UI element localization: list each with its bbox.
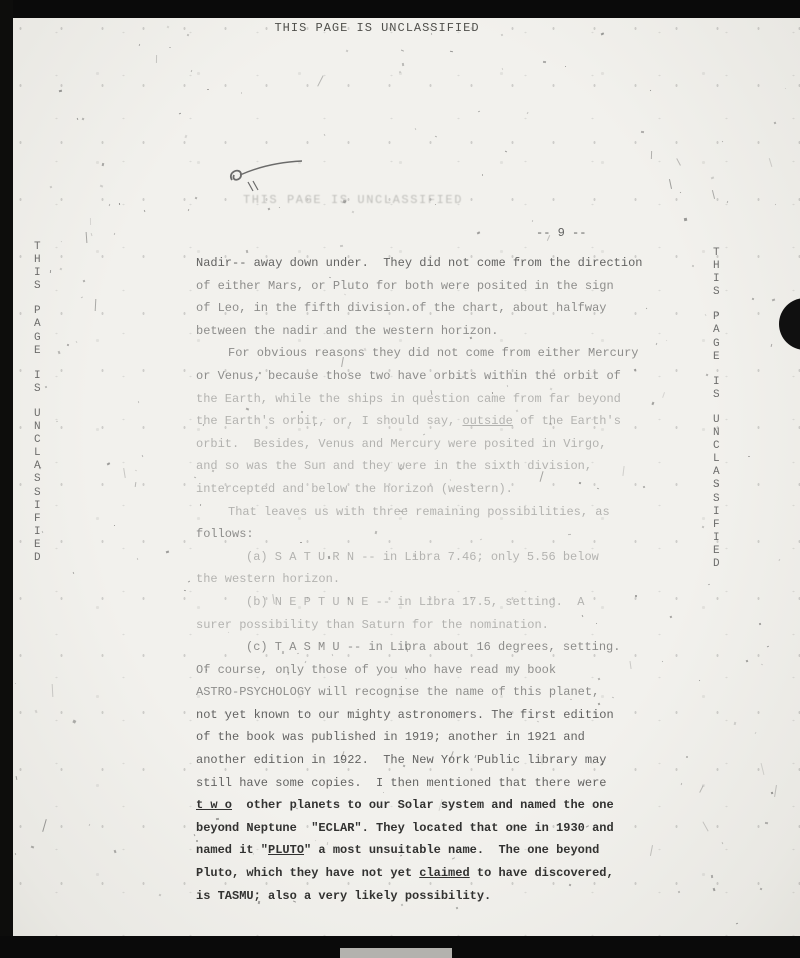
scan-speck bbox=[49, 186, 52, 189]
scan-speck bbox=[482, 174, 483, 176]
margin-letter: I bbox=[34, 370, 41, 383]
typed-text: between the nadir and the western horizo… bbox=[196, 324, 498, 338]
scan-speck bbox=[527, 112, 529, 115]
scanned-document-page: THIS PAGE IS UNCLASSIFIED THIS PAGE IS U… bbox=[0, 0, 800, 958]
typed-text: beyond Neptune "ECLAR". They located tha… bbox=[196, 821, 614, 835]
scan-speck bbox=[194, 197, 197, 200]
scan-speck bbox=[771, 298, 774, 301]
margin-letter: A bbox=[713, 466, 720, 479]
typed-text: (b) N E P T U N E -- in Libra 17.5, sett… bbox=[246, 595, 584, 609]
underlined-text: t w o bbox=[196, 798, 232, 812]
scan-speck bbox=[699, 785, 703, 792]
typed-line: is TASMU; also a very likely possibility… bbox=[196, 885, 660, 908]
margin-letter: S bbox=[34, 487, 41, 500]
typed-line: the western horizon. bbox=[196, 568, 660, 591]
scan-speck bbox=[190, 70, 191, 72]
scan-speck bbox=[100, 184, 103, 187]
typed-line: ASTRO-PSYCHOLOGY will recognise the name… bbox=[196, 681, 660, 704]
document-body-text: Nadir-- away down under. They did not co… bbox=[196, 252, 660, 907]
scan-speck bbox=[702, 525, 704, 528]
margin-letter: G bbox=[713, 338, 720, 351]
scan-speck bbox=[761, 664, 763, 666]
scan-speck bbox=[60, 267, 62, 269]
typed-text: (a) S A T U R N -- in Libra 7.46; only 5… bbox=[246, 550, 599, 564]
typed-line: That leaves us with three remaining poss… bbox=[196, 501, 660, 524]
typed-line: another edition in 1922. The New York Pu… bbox=[196, 749, 660, 772]
scan-speck bbox=[449, 50, 452, 51]
typed-text: (c) T A S M U -- in Libra about 16 degre… bbox=[246, 640, 620, 654]
scan-speck bbox=[752, 297, 754, 299]
scan-speck bbox=[165, 550, 168, 553]
scan-speck bbox=[109, 203, 111, 205]
typed-text: of the Earth's bbox=[513, 414, 621, 428]
scan-speck bbox=[85, 232, 87, 243]
typed-line: named it "PLUTO" a most unsuitable name.… bbox=[196, 839, 660, 862]
typed-text: Nadir-- away down under. They did not co… bbox=[196, 256, 642, 270]
scan-speck bbox=[144, 210, 146, 212]
margin-letter: L bbox=[34, 447, 41, 460]
typed-line: of either Mars, or Pluto for both were p… bbox=[196, 275, 660, 298]
margin-letter: A bbox=[713, 324, 720, 337]
scan-speck bbox=[767, 645, 769, 647]
right-margin-classification-stamp: THISPAGEISUNCLASSIFIED bbox=[713, 247, 720, 571]
scan-speck bbox=[184, 590, 186, 591]
scan-speck bbox=[188, 581, 191, 583]
scan-speck bbox=[57, 350, 60, 353]
typed-line: Of course, only those of you who have re… bbox=[196, 659, 660, 682]
scan-speck bbox=[669, 179, 672, 189]
margin-letter: S bbox=[34, 383, 41, 396]
scan-speck bbox=[502, 68, 503, 71]
scan-bottom-black-bar bbox=[0, 936, 800, 958]
scan-speck bbox=[67, 344, 69, 346]
underlined-text: claimed bbox=[419, 866, 469, 880]
scan-speck bbox=[184, 135, 187, 138]
typed-line: Pluto, which they have not yet claimed t… bbox=[196, 862, 660, 885]
scan-speck bbox=[401, 49, 404, 51]
scan-speck bbox=[340, 244, 343, 246]
scan-speck bbox=[119, 203, 120, 205]
scan-speck bbox=[61, 241, 63, 243]
scan-speck bbox=[733, 722, 736, 725]
typed-line: or Venus, because those two have orbits … bbox=[196, 365, 660, 388]
scan-speck bbox=[670, 616, 672, 619]
scan-speck bbox=[684, 217, 687, 220]
typed-line: (a) S A T U R N -- in Libra 7.46; only 5… bbox=[196, 546, 660, 569]
scan-speck bbox=[755, 732, 757, 735]
margin-letter: A bbox=[34, 318, 41, 331]
margin-letter: N bbox=[713, 427, 720, 440]
scan-speck bbox=[477, 231, 480, 234]
scan-speck bbox=[317, 75, 323, 86]
typed-line: between the nadir and the western horizo… bbox=[196, 320, 660, 343]
scan-speck bbox=[543, 61, 546, 64]
scan-speck bbox=[41, 531, 43, 533]
scan-speck bbox=[15, 683, 16, 684]
scan-speck bbox=[241, 92, 242, 94]
margin-letter: I bbox=[34, 526, 41, 539]
scan-speck bbox=[736, 923, 738, 925]
scan-speck bbox=[760, 763, 764, 775]
scan-speck bbox=[721, 842, 723, 845]
typed-text: of either Mars, or Pluto for both were p… bbox=[196, 279, 614, 293]
margin-letter: F bbox=[34, 513, 41, 526]
typed-text: follows: bbox=[196, 527, 254, 541]
margin-letter: C bbox=[713, 440, 720, 453]
scan-speck bbox=[95, 298, 97, 310]
margin-letter: N bbox=[34, 421, 41, 434]
typed-line: orbit. Besides, Venus and Mercury were p… bbox=[196, 433, 660, 456]
scan-speck bbox=[708, 584, 710, 586]
scan-speck bbox=[113, 850, 116, 853]
scan-speck bbox=[765, 822, 768, 824]
typed-text: still have some copies. I then mentioned… bbox=[196, 776, 606, 790]
margin-letter: I bbox=[713, 532, 720, 545]
scan-speck bbox=[711, 875, 714, 878]
typed-line: (b) N E P T U N E -- in Libra 17.5, sett… bbox=[196, 591, 660, 614]
margin-letter: I bbox=[34, 500, 41, 513]
scan-speck bbox=[748, 456, 750, 457]
margin-letter: S bbox=[713, 286, 720, 299]
margin-letter: U bbox=[713, 414, 720, 427]
margin-letter: C bbox=[34, 434, 41, 447]
scan-speck bbox=[706, 374, 709, 377]
typed-line: surer possibility than Saturn for the no… bbox=[196, 614, 660, 637]
classification-ghost-stamp: THIS PAGE IS UNCLASSIFIED bbox=[243, 193, 503, 207]
typed-line: the Earth, while the ships in question c… bbox=[196, 388, 660, 411]
typed-line: still have some copies. I then mentioned… bbox=[196, 772, 660, 795]
scan-speck bbox=[267, 207, 270, 210]
scan-speck bbox=[773, 122, 775, 125]
typed-line: Nadir-- away down under. They did not co… bbox=[196, 252, 660, 275]
scan-speck bbox=[55, 421, 57, 422]
margin-letter: I bbox=[713, 273, 720, 286]
typed-text: not yet known to our mighty astronomers.… bbox=[196, 708, 614, 722]
scan-speck bbox=[352, 211, 354, 213]
scan-speck bbox=[415, 128, 417, 130]
scan-speck bbox=[703, 822, 709, 832]
scan-speck bbox=[137, 558, 138, 560]
scan-speck bbox=[16, 776, 18, 781]
margin-letter: G bbox=[34, 332, 41, 345]
scan-speck bbox=[402, 63, 404, 66]
scan-speck bbox=[662, 661, 663, 662]
scan-speck bbox=[76, 340, 78, 342]
scan-speck bbox=[771, 791, 774, 793]
scan-speck bbox=[705, 314, 707, 316]
page-number: -- 9 -- bbox=[536, 226, 586, 240]
margin-letter: T bbox=[34, 241, 41, 254]
scan-speck bbox=[686, 756, 688, 758]
typed-line: beyond Neptune "ECLAR". They located tha… bbox=[196, 817, 660, 840]
scan-speck bbox=[51, 684, 53, 697]
scan-speck bbox=[775, 204, 776, 205]
margin-letter: H bbox=[34, 254, 41, 267]
scan-bottom-gray-mark bbox=[340, 948, 452, 958]
scan-speck bbox=[34, 709, 37, 712]
scan-speck bbox=[114, 233, 116, 235]
scan-speck bbox=[207, 89, 209, 90]
margin-letter: F bbox=[713, 519, 720, 532]
scan-speck bbox=[713, 888, 716, 891]
scan-speck bbox=[169, 47, 171, 48]
typed-text: the Earth, while the ships in question c… bbox=[196, 392, 621, 406]
margin-letter: I bbox=[713, 506, 720, 519]
margin-letter: S bbox=[34, 473, 41, 486]
scan-speck bbox=[179, 113, 181, 115]
scan-speck bbox=[135, 470, 137, 471]
margin-letter: D bbox=[34, 552, 41, 565]
typed-line: intercepted and below the horizon (weste… bbox=[196, 478, 660, 501]
scan-speck bbox=[769, 158, 772, 167]
typed-text: orbit. Besides, Venus and Mercury were p… bbox=[196, 437, 606, 451]
typed-text: named it " bbox=[196, 843, 268, 857]
underlined-text: PLUTO bbox=[268, 843, 304, 857]
scan-speck bbox=[399, 71, 401, 73]
scan-speck bbox=[31, 846, 34, 849]
typed-text: intercepted and below the horizon (weste… bbox=[196, 482, 513, 496]
scan-speck bbox=[434, 136, 436, 137]
scan-speck bbox=[681, 783, 682, 785]
margin-letter: P bbox=[713, 311, 720, 324]
scan-speck bbox=[102, 163, 104, 166]
typed-line: the Earth's orbit, or, I should say, out… bbox=[196, 410, 660, 433]
scan-speck bbox=[650, 90, 651, 91]
margin-letter: D bbox=[713, 558, 720, 571]
typed-text: of the book was published in 1919; anoth… bbox=[196, 730, 585, 744]
scan-speck bbox=[77, 118, 78, 120]
typed-text: the Earth's orbit, or, I should say, bbox=[196, 414, 462, 428]
scan-speck bbox=[565, 66, 566, 67]
margin-letter: E bbox=[713, 351, 720, 364]
scan-speck bbox=[478, 110, 480, 112]
scan-top-black-bar bbox=[0, 0, 800, 18]
typed-text: " a most unsuitable name. The one beyond bbox=[304, 843, 599, 857]
handwritten-mark-icon bbox=[224, 157, 308, 193]
scan-speck bbox=[774, 785, 777, 797]
typed-line: of the book was published in 1919; anoth… bbox=[196, 726, 660, 749]
typed-text: is TASMU; also a very likely possibility… bbox=[196, 889, 491, 903]
margin-letter: H bbox=[713, 260, 720, 273]
scan-speck bbox=[90, 218, 91, 225]
scan-speck bbox=[42, 819, 47, 832]
scan-speck bbox=[680, 192, 681, 193]
left-margin-classification-stamp: THISPAGEISUNCLASSIFIED bbox=[34, 241, 41, 565]
margin-letter: S bbox=[713, 493, 720, 506]
typed-text: and so was the Sun and they were in the … bbox=[196, 459, 592, 473]
typed-line: and so was the Sun and they were in the … bbox=[196, 455, 660, 478]
scan-speck bbox=[59, 89, 62, 92]
scan-speck bbox=[50, 270, 51, 273]
scan-speck bbox=[641, 131, 644, 133]
scan-speck bbox=[83, 280, 86, 283]
typed-text: to have discovered, bbox=[470, 866, 614, 880]
scan-speck bbox=[139, 44, 140, 46]
margin-letter: I bbox=[34, 267, 41, 280]
scan-speck bbox=[73, 572, 74, 574]
margin-letter: T bbox=[713, 247, 720, 260]
scan-speck bbox=[44, 385, 47, 388]
scan-speck bbox=[505, 150, 507, 152]
scan-speck bbox=[155, 55, 156, 63]
typed-text: the western horizon. bbox=[196, 572, 340, 586]
scan-speck bbox=[785, 88, 786, 89]
scan-speck bbox=[323, 134, 324, 136]
scan-speck bbox=[710, 176, 713, 179]
typed-line: not yet known to our mighty astronomers.… bbox=[196, 704, 660, 727]
typed-line: follows: bbox=[196, 523, 660, 546]
scan-speck bbox=[134, 482, 136, 487]
scan-speck bbox=[778, 559, 779, 561]
scan-speck bbox=[722, 141, 723, 142]
scan-speck bbox=[81, 297, 83, 299]
scan-speck bbox=[187, 209, 188, 211]
margin-letter: E bbox=[34, 539, 41, 552]
scan-speck bbox=[531, 220, 532, 222]
scan-speck bbox=[759, 623, 762, 625]
scan-speck bbox=[692, 265, 694, 267]
margin-letter: E bbox=[34, 345, 41, 358]
scan-speck bbox=[676, 158, 680, 165]
scan-speck bbox=[15, 853, 16, 855]
margin-letter: S bbox=[34, 280, 41, 293]
scan-speck bbox=[759, 888, 762, 891]
typed-text: That leaves us with three remaining poss… bbox=[228, 505, 610, 519]
scan-speck bbox=[73, 719, 76, 722]
margin-letter: A bbox=[34, 460, 41, 473]
scan-ink-blob bbox=[779, 298, 800, 350]
scan-speck bbox=[82, 117, 85, 120]
typed-line: t w o other planets to our Solar system … bbox=[196, 794, 660, 817]
scan-speck bbox=[123, 468, 126, 478]
typed-text: other planets to our Solar system and na… bbox=[232, 798, 614, 812]
margin-letter: E bbox=[713, 545, 720, 558]
scan-speck bbox=[138, 401, 139, 403]
scan-speck bbox=[678, 891, 680, 893]
typed-line: For obvious reasons they did not come fr… bbox=[196, 342, 660, 365]
typed-text: another edition in 1922. The New York Pu… bbox=[196, 753, 606, 767]
margin-letter: I bbox=[713, 376, 720, 389]
scan-speck bbox=[89, 824, 91, 826]
scan-speck bbox=[770, 344, 772, 347]
margin-letter: L bbox=[713, 453, 720, 466]
typed-line: (c) T A S M U -- in Libra about 16 degre… bbox=[196, 636, 660, 659]
typed-text: For obvious reasons they did not come fr… bbox=[228, 346, 638, 360]
scan-speck bbox=[711, 190, 714, 199]
margin-letter: P bbox=[34, 305, 41, 318]
typed-text: or Venus, because those two have orbits … bbox=[196, 369, 621, 383]
typed-text: ASTRO-PSYCHOLOGY will recognise the name… bbox=[196, 685, 599, 699]
scan-speck bbox=[159, 893, 161, 896]
scan-speck bbox=[91, 232, 93, 235]
classification-header-stamp: THIS PAGE IS UNCLASSIFIED bbox=[0, 21, 754, 35]
scan-speck bbox=[666, 340, 667, 341]
scan-speck bbox=[346, 50, 349, 53]
margin-letter: S bbox=[713, 389, 720, 402]
underlined-text: outside bbox=[462, 414, 512, 428]
scan-speck bbox=[662, 392, 665, 398]
scan-speck bbox=[699, 679, 701, 680]
typed-line: of Leo, in the fifth division of the cha… bbox=[196, 297, 660, 320]
scan-speck bbox=[651, 151, 652, 159]
typed-text: surer possibility than Saturn for the no… bbox=[196, 618, 549, 632]
scan-speck bbox=[142, 455, 144, 457]
margin-letter: U bbox=[34, 408, 41, 421]
typed-text: Of course, only those of you who have re… bbox=[196, 663, 556, 677]
typed-text: Pluto, which they have not yet bbox=[196, 866, 419, 880]
scan-speck bbox=[114, 525, 115, 526]
scan-speck bbox=[726, 200, 727, 202]
typed-text: of Leo, in the fifth division of the cha… bbox=[196, 301, 606, 315]
scan-speck bbox=[746, 659, 749, 662]
margin-letter: S bbox=[713, 479, 720, 492]
scan-speck bbox=[106, 462, 109, 465]
scan-left-black-edge bbox=[0, 0, 13, 958]
